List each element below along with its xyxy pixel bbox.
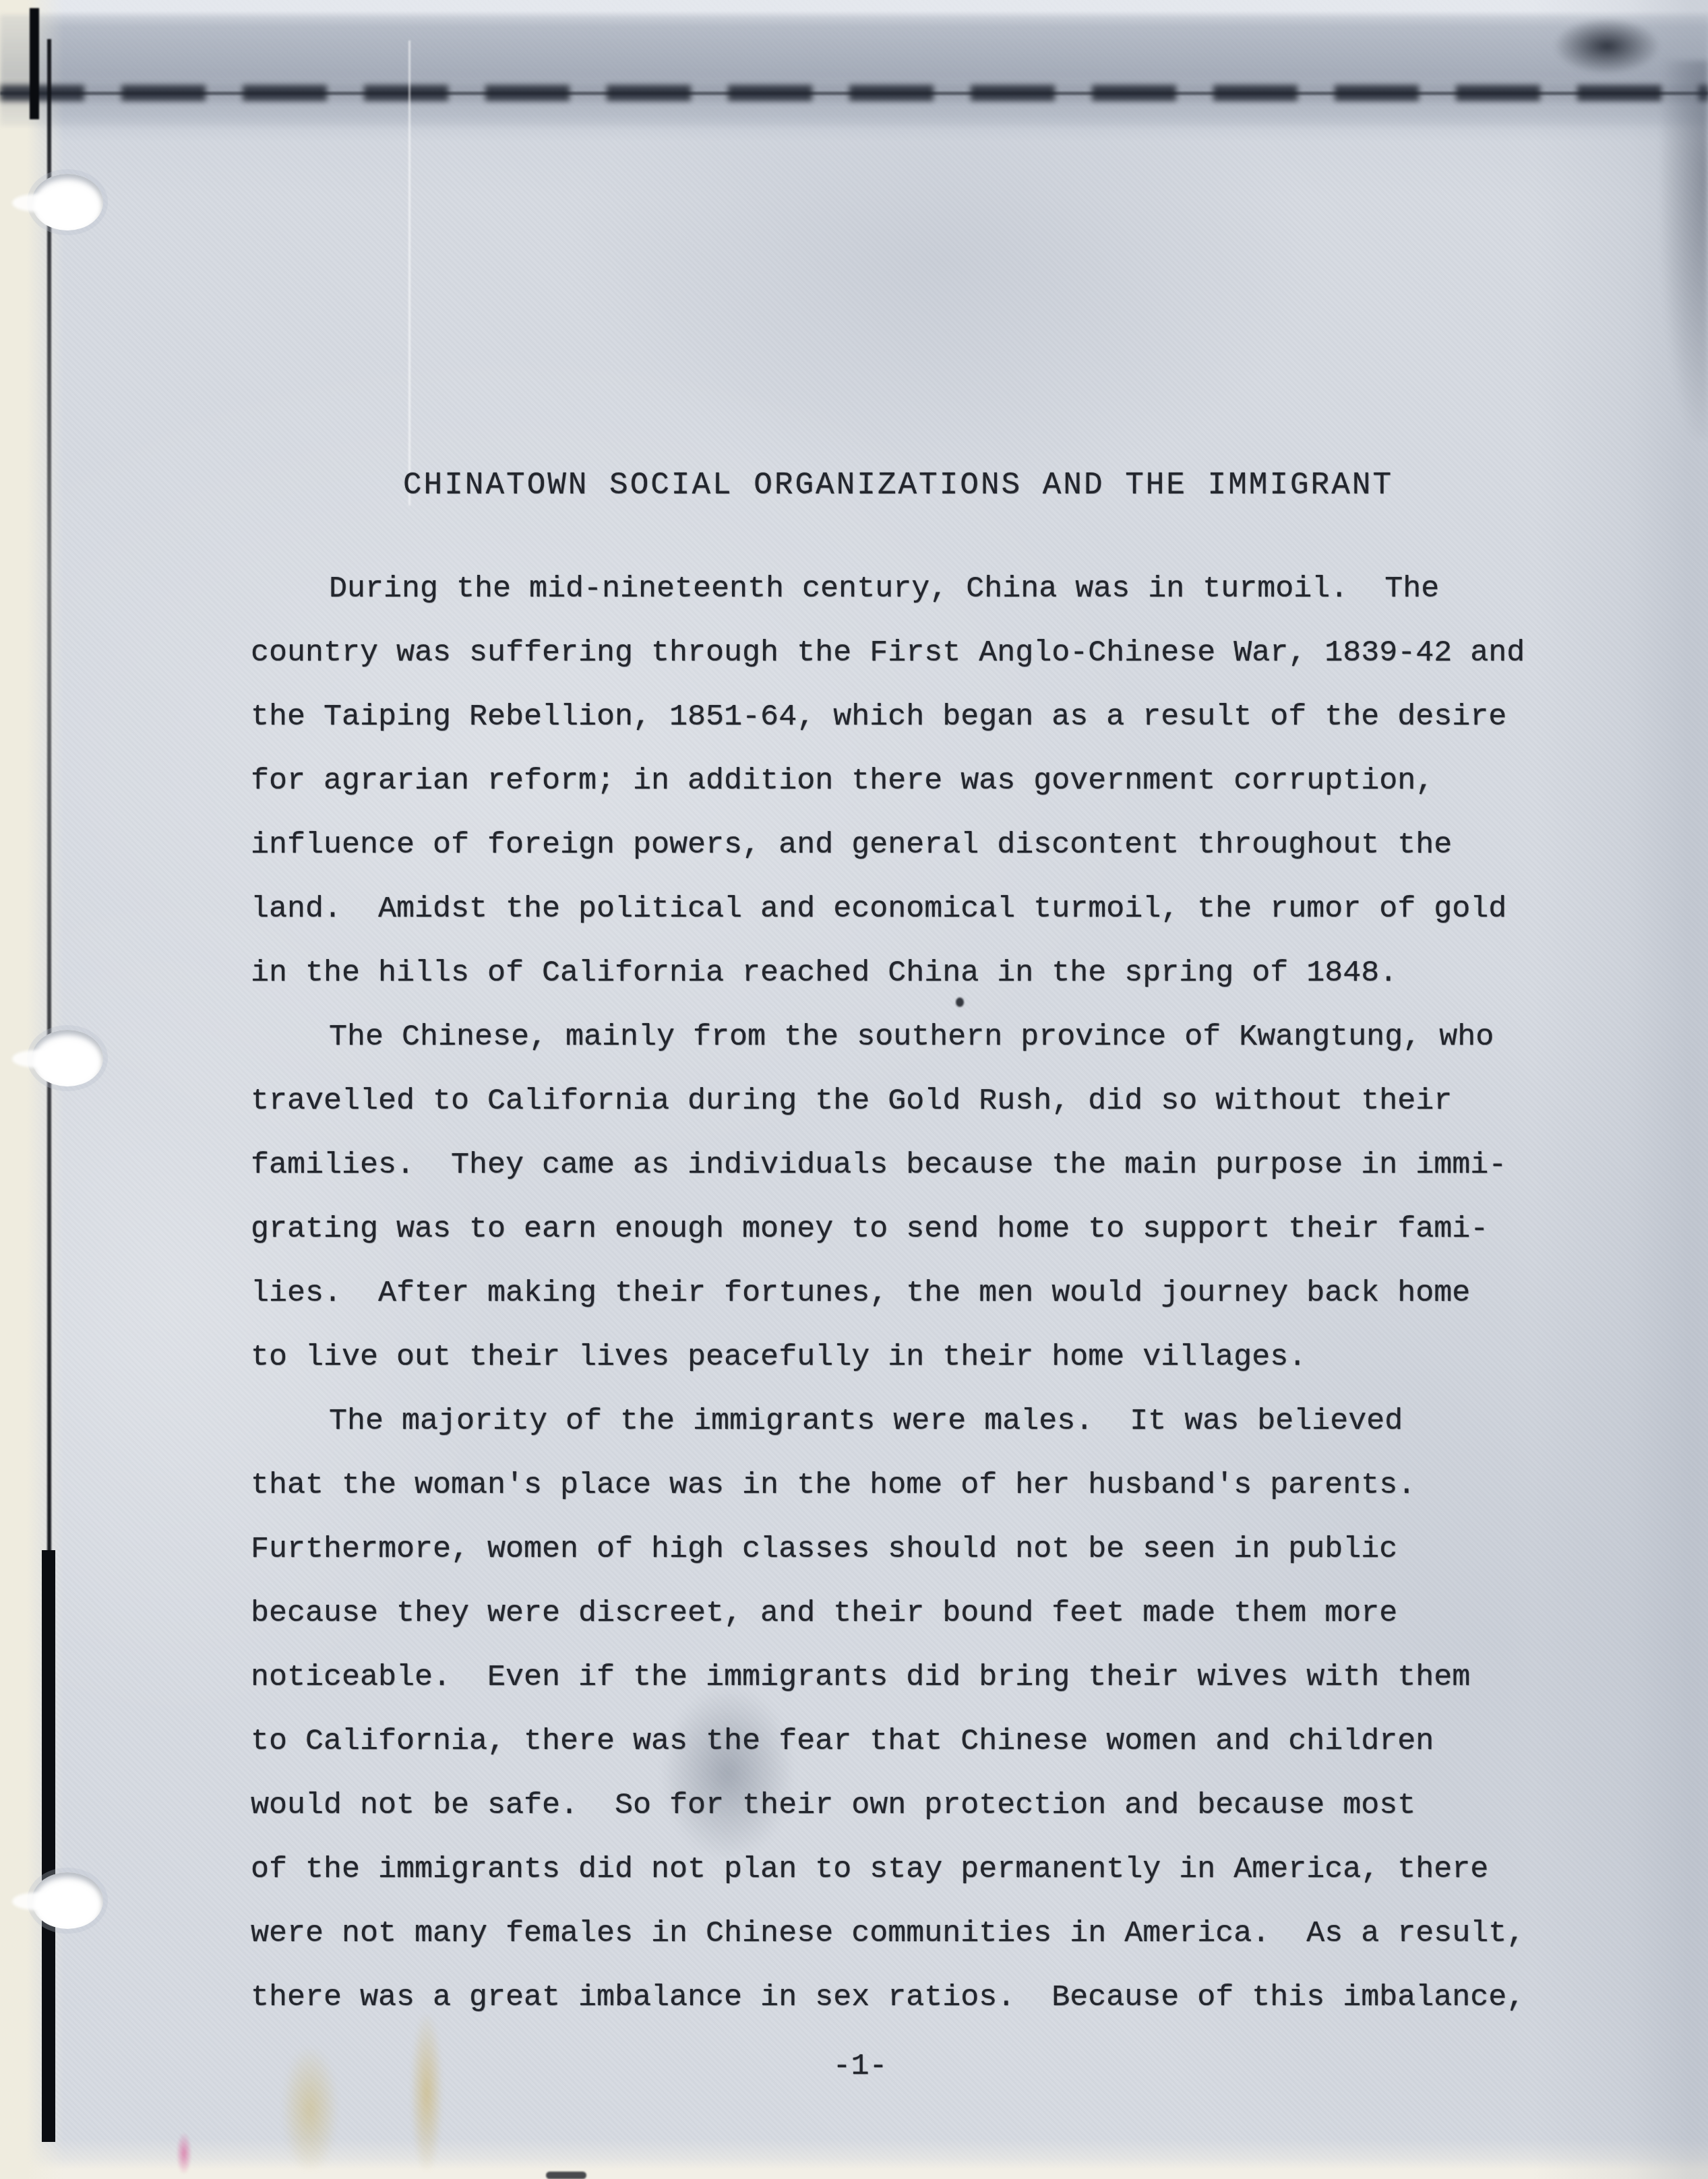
text-line: land. Amidst the political and economica…	[251, 877, 1619, 941]
text-line: to live out their lives peacefully in th…	[251, 1325, 1619, 1389]
text-line: The majority of the immigrants were male…	[251, 1389, 1619, 1453]
document-title: CHINATOWN SOCIAL ORGANIZATIONS AND THE I…	[403, 468, 1393, 503]
pink-mark	[177, 2133, 191, 2174]
right-edge-smudge	[1661, 61, 1708, 438]
left-margin-line-thin	[47, 39, 51, 1576]
hole-punch-middle-tear	[12, 1050, 59, 1068]
page-number: -1-	[0, 2034, 1708, 2098]
paragraph: The Chinese, mainly from the southern pr…	[251, 1005, 1619, 1389]
text-line: to California, there was the fear that C…	[251, 1709, 1619, 1773]
text-line: country was suffering through the First …	[251, 621, 1619, 685]
photocopy-top-smudge	[0, 15, 1708, 126]
text-line: of the immigrants did not plan to stay p…	[251, 1837, 1619, 1901]
text-line: lies. After making their fortunes, the m…	[251, 1261, 1619, 1325]
bottom-edge-mark	[546, 2172, 586, 2179]
text-line: grating was to earn enough money to send…	[251, 1197, 1619, 1261]
text-line: for agrarian reform; in addition there w…	[251, 749, 1619, 813]
left-margin-stroke-top	[30, 8, 39, 119]
paragraph: The majority of the immigrants were male…	[251, 1389, 1619, 2029]
paper-crease	[408, 40, 410, 505]
top-right-ink-blob	[1553, 18, 1661, 75]
text-line: noticeable. Even if the immigrants did b…	[251, 1645, 1619, 1709]
text-line: the Taiping Rebellion, 1851-64, which be…	[251, 685, 1619, 749]
photocopy-dashed-line-core	[0, 92, 1708, 95]
text-line: families. They came as individuals becau…	[251, 1133, 1619, 1197]
text-line: in the hills of California reached China…	[251, 941, 1619, 1005]
hole-punch-top-tear	[12, 194, 59, 212]
text-line: would not be safe. So for their own prot…	[251, 1773, 1619, 1837]
text-line: influence of foreign powers, and general…	[251, 813, 1619, 877]
text-line: that the woman's place was in the home o…	[251, 1453, 1619, 1517]
text-line: During the mid-nineteenth century, China…	[251, 557, 1619, 621]
body-text: During the mid-nineteenth century, China…	[251, 557, 1619, 2029]
text-line: were not many females in Chinese communi…	[251, 1901, 1619, 1965]
text-line: because they were discreet, and their bo…	[251, 1581, 1619, 1645]
scanned-typewritten-page: CHINATOWN SOCIAL ORGANIZATIONS AND THE I…	[0, 0, 1708, 2179]
text-line: there was a great imbalance in sex ratio…	[251, 1965, 1619, 2029]
text-line: Furthermore, women of high classes shoul…	[251, 1517, 1619, 1581]
text-line: The Chinese, mainly from the southern pr…	[251, 1005, 1619, 1069]
text-line: travelled to California during the Gold …	[251, 1069, 1619, 1133]
paragraph: During the mid-nineteenth century, China…	[251, 557, 1619, 1005]
hole-punch-bottom-tear	[12, 1893, 59, 1910]
